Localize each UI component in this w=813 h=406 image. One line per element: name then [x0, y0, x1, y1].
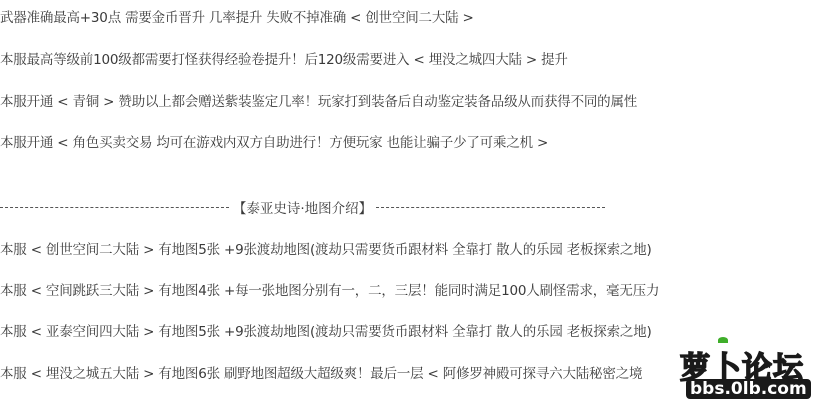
section-title: 【泰亚史诗·地图介绍】: [229, 197, 376, 217]
info-line-weapon-accuracy: 武器准确最高+30点 需要金币晋升 几率提升 失败不掉准确 < 创世空间二大陆 …: [0, 8, 474, 28]
info-line-level-cap: 本服最高等级前100级都需要打怪获得经验卷提升！后120级需要进入 < 埋没之城…: [0, 50, 568, 70]
map-line-continent-4: 本服 < 亚泰空间四大陆 > 有地图5张 +9张渡劫地图(渡劫只需要货币跟材料 …: [0, 322, 652, 342]
separator-dash-right: [376, 207, 605, 208]
forum-watermark-logo: 萝卜论坛 bbs.0lb.com: [664, 343, 810, 403]
info-line-sponsor-bronze: 本服开通 < 青铜 > 赞助以上都会赠送紫装鉴定几率！玩家打到装备后自动鉴定装备…: [0, 92, 637, 112]
separator-dash-left: [0, 207, 229, 208]
map-line-continent-5: 本服 < 埋没之城五大陆 > 有地图6张 刷野地图超级大超级爽！最后一层 < 阿…: [0, 364, 642, 384]
map-line-continent-2: 本服 < 创世空间二大陆 > 有地图5张 +9张渡劫地图(渡劫只需要货币跟材料 …: [0, 240, 652, 260]
carrot-leaf-icon: [718, 337, 728, 343]
watermark-url: bbs.0lb.com: [686, 379, 811, 399]
map-line-continent-3: 本服 < 空间跳跃三大陆 > 有地图4张 +每一张地图分别有一，二，三层！能同时…: [0, 281, 659, 301]
section-separator: 【泰亚史诗·地图介绍】: [0, 197, 605, 217]
info-line-character-trading: 本服开通 < 角色买卖交易 均可在游戏内双方自助进行！方便玩家 也能让骗子少了可…: [0, 133, 548, 153]
